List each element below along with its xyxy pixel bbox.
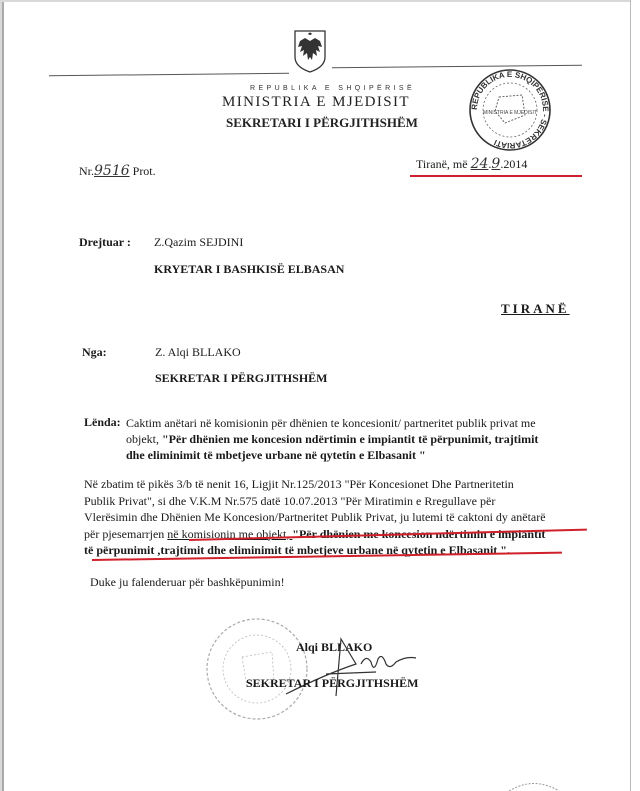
document-page: REPUBLIKA E SHQIPËRISË MINISTRIA E MJEDI… — [2, 2, 630, 791]
date-year: .2014 — [500, 157, 527, 171]
sender-name: Z. Alqi BLLAKO — [155, 345, 241, 360]
closing-text: Duke ju falenderuar për bashkëpunimin! — [90, 575, 285, 590]
recipient-city: TIRANË — [501, 301, 570, 317]
body-line-2: Publik Privat", si dhe V.K.M Nr.575 datë… — [84, 493, 624, 510]
protocol-suffix: Prot. — [133, 164, 156, 178]
header-rule-left — [49, 73, 289, 77]
albanian-eagle-emblem-icon — [293, 27, 327, 73]
protocol-number-value: 9516 — [94, 163, 130, 179]
partial-stamp-icon — [504, 774, 564, 791]
protocol-prefix: Nr. — [79, 164, 94, 178]
subject-line-3-bold: dhe eliminimit të mbetjeve urbane në qyt… — [126, 448, 426, 462]
body-line-4-normal: për pjesemarrjen — [84, 527, 167, 541]
body-paragraph: Në zbatim të pikës 3/b të nenit 16, Ligj… — [84, 476, 624, 559]
office-heading: SEKRETARI I PËRGJITHSHËM — [226, 115, 418, 131]
document-date: Tiranë, më 24.9.2014 — [416, 156, 527, 172]
date-day: 24 — [471, 156, 489, 172]
signatory-title: SEKRETAR I PËRGJITHSHËM — [246, 676, 418, 691]
recipient-label: Drejtuar : — [79, 235, 131, 250]
subject-line-1: Caktim anëtari në komisionin për dhënien… — [126, 415, 626, 431]
republic-heading: REPUBLIKA E SHQIPËRISË — [250, 85, 415, 92]
date-red-underline — [410, 175, 582, 177]
subject-line-2-bold: "Për dhënien me koncesion ndërtimin e im… — [162, 432, 538, 446]
subject-line-3: dhe eliminimit të mbetjeve urbane në qyt… — [126, 447, 626, 463]
subject-line-2: objekt, "Për dhënien me koncesion ndërti… — [126, 431, 626, 447]
official-stamp-icon: REPUBLIKA E SHQIPËRISË - SEKRETARIATI MI… — [467, 67, 553, 153]
date-month: 9 — [491, 156, 500, 172]
subject-text: Caktim anëtari në komisionin për dhënien… — [126, 415, 626, 463]
protocol-number: Nr.9516 Prot. — [79, 163, 156, 179]
ministry-heading: MINISTRIA E MJEDISIT — [222, 94, 410, 111]
recipient-name: Z.Qazim SEJDINI — [154, 235, 243, 250]
body-line-1: Në zbatim të pikës 3/b të nenit 16, Ligj… — [84, 476, 624, 493]
recipient-title: KRYETAR I BASHKISË ELBASAN — [154, 262, 344, 277]
body-line-3: Vlerësimin dhe Dhënien Me Koncesion/Part… — [84, 509, 624, 526]
subject-line-2-normal: objekt, — [126, 432, 162, 446]
date-prefix: Tiranë, më — [416, 157, 468, 171]
handwritten-signature-icon — [266, 634, 426, 704]
viewer-right-edge — [630, 0, 640, 791]
svg-text:MINISTRIA E MJEDISIT: MINISTRIA E MJEDISIT — [483, 110, 537, 116]
sender-label: Nga: — [82, 345, 107, 360]
sender-title: SEKRETAR I PËRGJITHSHËM — [155, 371, 327, 386]
subject-label: Lënda: — [84, 415, 121, 430]
